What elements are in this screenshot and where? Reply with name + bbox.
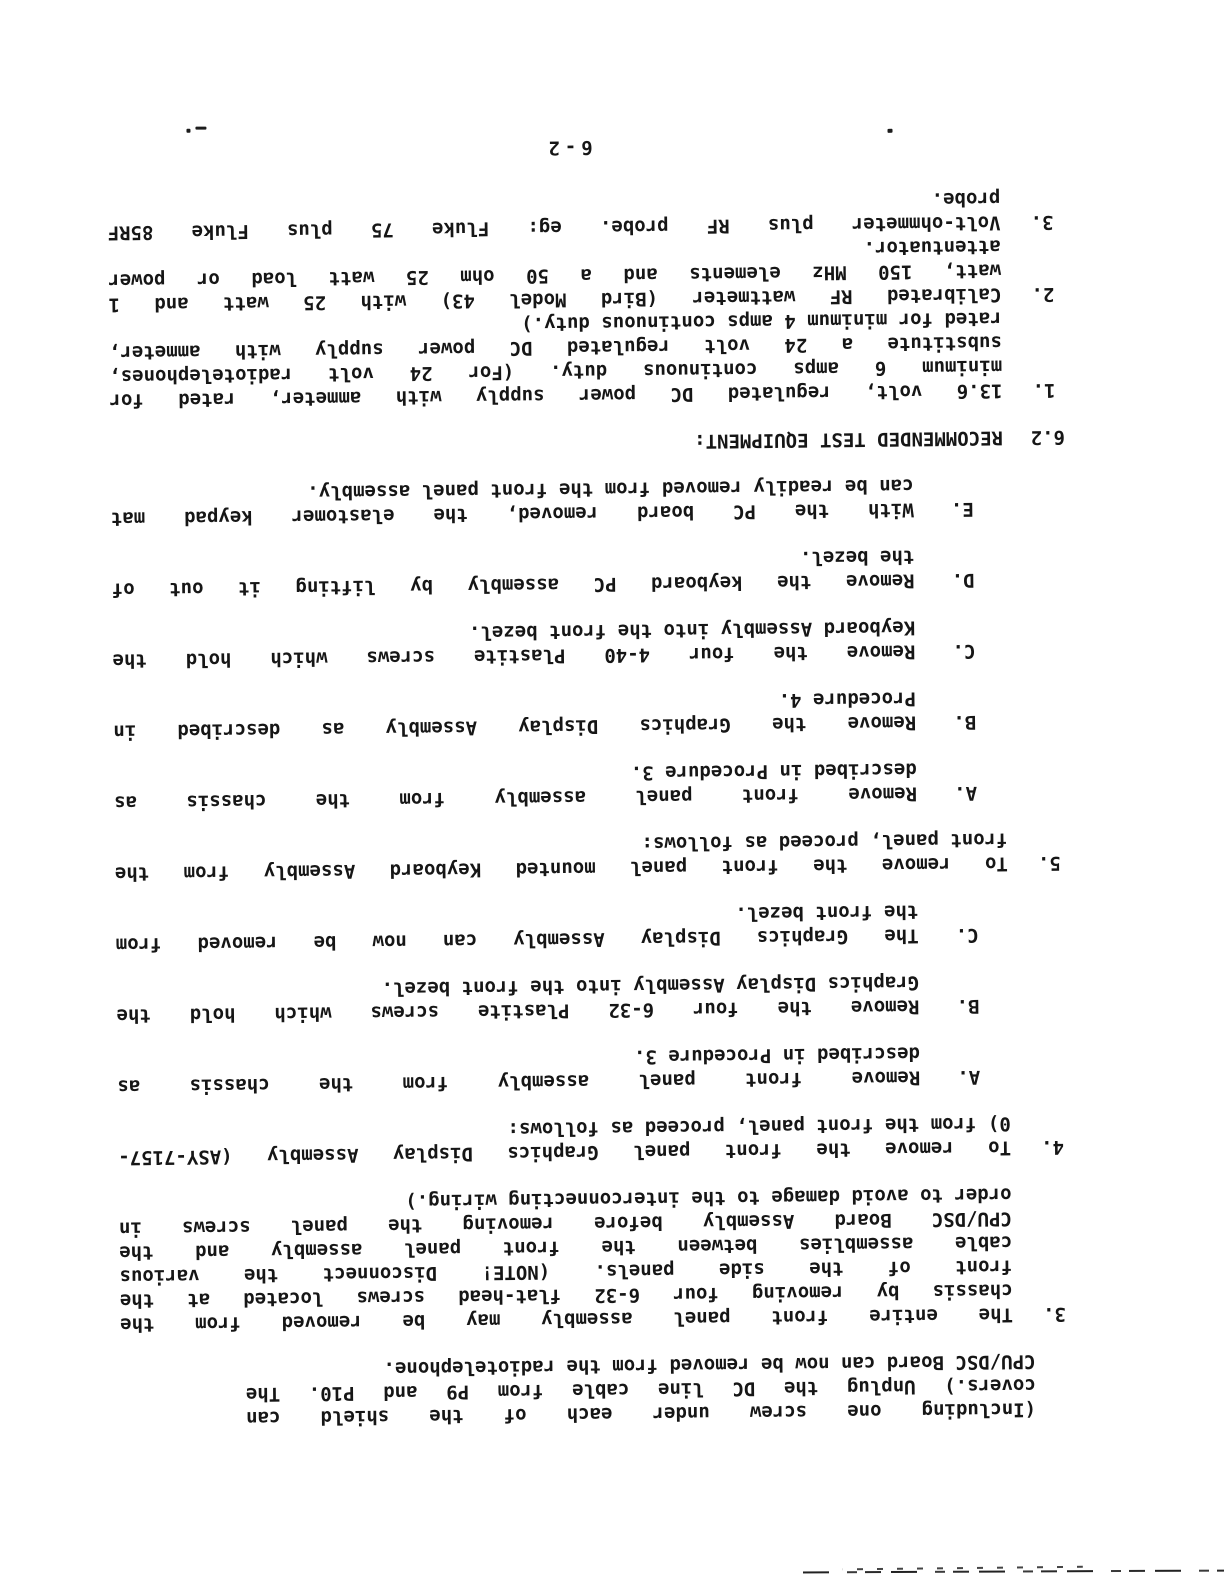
item-label: A. xyxy=(954,781,977,805)
document-content: (Includingonescrewundereachoftheshieldca… xyxy=(0,184,1224,1433)
item-label: C. xyxy=(956,923,979,947)
item-body: Theentirefrontpanelassemblymayberemovedf… xyxy=(119,1182,1014,1336)
item-label: 3. xyxy=(1031,210,1054,234)
item-label: E. xyxy=(951,497,974,521)
scanned-page: (Includingonescrewundereachoftheshieldca… xyxy=(0,0,1224,1584)
item-label: B. xyxy=(953,710,976,734)
doc-block: 4.ToremovethefrontpanelGraphicsDisplayAs… xyxy=(4,1109,1224,1171)
item-label: D. xyxy=(952,568,975,592)
item-body: RemovetheGraphicsDisplayAssemblyasdescri… xyxy=(113,687,916,744)
doc-block: E.WiththePCboardremoved,theelastomerkeyp… xyxy=(0,470,1221,532)
page-number: 6-2 xyxy=(543,136,593,159)
item-body: WiththePCboardremoved,theelastomerkeypad… xyxy=(110,474,913,531)
item-body: RECOMMENDED TEST EQUIPMENT: xyxy=(110,426,1003,460)
item-body: Removefrontpanelassemblyfromthechassisas… xyxy=(114,758,917,815)
doc-block: (Includingonescrewundereachoftheshieldca… xyxy=(6,1347,1224,1433)
item-body: ToremovethefrontpanelmountedKeyboardAsse… xyxy=(114,828,1007,886)
text-line: RECOMMENDED TEST EQUIPMENT: xyxy=(110,426,1003,460)
item-body: Removethefour6-32Plastitescrewswhichhold… xyxy=(116,971,919,1028)
item-body: RemovethekeyboardPCassemblybyliftingitou… xyxy=(111,545,914,602)
doc-block: 5.ToremovethefrontpanelmountedKeyboardAs… xyxy=(0,825,1224,887)
item-body: Removethefour4-40Plastitescrewswhichhold… xyxy=(112,616,915,673)
doc-block: B.RemovetheGraphicsDisplayAssemblyasdesc… xyxy=(0,683,1223,745)
doc-block: 3.Theentirefrontpanelassemblymayberemove… xyxy=(5,1180,1224,1338)
item-label: C. xyxy=(952,639,975,663)
item-body: 13.6volt,regulatedDCpowersupplywithammet… xyxy=(109,307,1003,413)
item-body: ToremovethefrontpanelGraphicsDisplayAsse… xyxy=(118,1111,1011,1169)
item-label: 6.2 xyxy=(1031,425,1066,449)
item-label: B. xyxy=(956,994,979,1018)
scan-speck xyxy=(195,127,206,130)
doc-block: B.Removethefour6-32Plastitescrewswhichho… xyxy=(2,967,1224,1029)
doc-block: A.Removefrontpanelassemblyfromthechassis… xyxy=(3,1038,1224,1100)
item-body: TheGraphicsDisplayAssemblycannowberemove… xyxy=(115,900,918,957)
item-body: Removefrontpanelassemblyfromthechassisas… xyxy=(117,1042,920,1099)
scan-speck xyxy=(186,129,190,133)
item-body: Volt-ohmmeterplusRFprobe.eg:Fluke75plusF… xyxy=(107,187,1000,245)
section-heading: 6.2RECOMMENDED TEST EQUIPMENT: xyxy=(0,423,1220,461)
doc-block: 2.CalibratedRFwattmeter(BirdModel43)with… xyxy=(0,232,1219,318)
doc-block: D.RemovethekeyboardPCassemblybyliftingit… xyxy=(0,541,1222,603)
doc-block: C.Removethefour4-40Plastitescrewswhichho… xyxy=(0,612,1223,674)
doc-block: 1.13.6volt,regulatedDCpowersupplywithamm… xyxy=(0,304,1220,414)
doc-block: C.TheGraphicsDisplayAssemblycannowberemo… xyxy=(1,896,1224,958)
item-label: 1. xyxy=(1032,378,1055,402)
scan-speck xyxy=(887,129,892,133)
item-label: 4. xyxy=(1041,1135,1064,1159)
upside-down-sheet: (Includingonescrewundereachoftheshieldca… xyxy=(0,0,1224,1584)
item-label: 2. xyxy=(1031,282,1054,306)
item-body: CalibratedRFwattmeter(BirdModel43)with25… xyxy=(108,235,1002,317)
item-label: 5. xyxy=(1038,851,1061,875)
item-label: A. xyxy=(957,1065,980,1089)
item-label: 3. xyxy=(1043,1302,1066,1326)
doc-block: A.Removefrontpanelassemblyfromthechassis… xyxy=(0,754,1224,816)
item-body: (Includingonescrewundereachoftheshieldca… xyxy=(245,1349,1036,1430)
